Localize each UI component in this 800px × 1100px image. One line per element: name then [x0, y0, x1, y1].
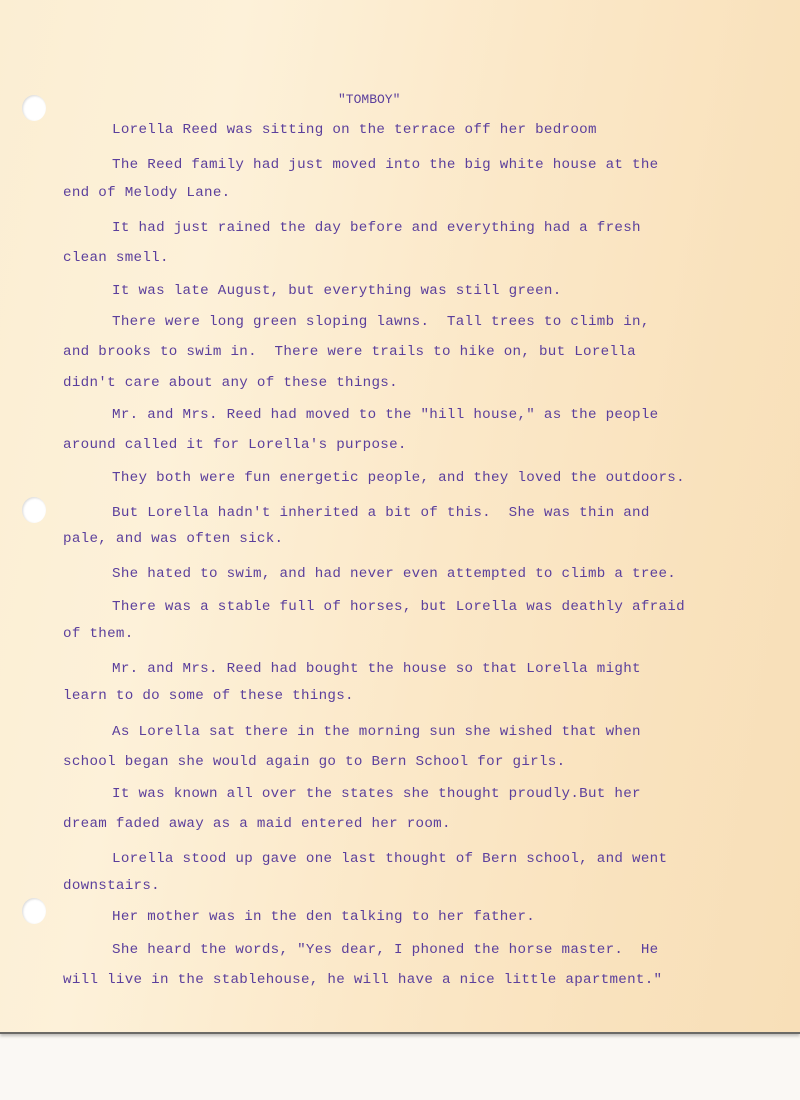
text-line: learn to do some of these things. [63, 688, 354, 704]
text-line: clean smell. [63, 250, 169, 266]
text-line: They both were fun energetic people, and… [112, 470, 685, 486]
text-line: Mr. and Mrs. Reed had moved to the "hill… [112, 407, 658, 423]
text-line: It was known all over the states she tho… [112, 786, 641, 802]
text-line: Lorella Reed was sitting on the terrace … [112, 122, 597, 138]
text-line: It had just rained the day before and ev… [112, 220, 641, 236]
typewritten-page: "TOMBOY" Lorella Reed was sitting on the… [0, 0, 800, 1034]
text-line: Mr. and Mrs. Reed had bought the house s… [112, 661, 641, 677]
text-line: There was a stable full of horses, but L… [112, 599, 685, 615]
text-line: Her mother was in the den talking to her… [112, 909, 535, 925]
text-line: She hated to swim, and had never even at… [112, 566, 676, 582]
page-text: "TOMBOY" Lorella Reed was sitting on the… [0, 0, 35, 496]
text-line: of them. [63, 626, 134, 642]
document-title: "TOMBOY" [338, 92, 400, 107]
text-line: Lorella stood up gave one last thought o… [112, 851, 667, 867]
text-line: There were long green sloping lawns. Tal… [112, 314, 650, 330]
text-line: She heard the words, "Yes dear, I phoned… [112, 942, 658, 958]
text-line: The Reed family had just moved into the … [112, 157, 658, 173]
text-line: But Lorella hadn't inherited a bit of th… [112, 505, 650, 521]
text-line: school began she would again go to Bern … [63, 754, 565, 770]
text-line: and brooks to swim in. There were trails… [63, 344, 636, 360]
text-line: dream faded away as a maid entered her r… [63, 816, 451, 832]
punch-hole [22, 497, 46, 523]
text-line: pale, and was often sick. [63, 531, 283, 547]
text-line: around called it for Lorella's purpose. [63, 437, 407, 453]
text-line: didn't care about any of these things. [63, 375, 398, 391]
text-line: end of Melody Lane. [63, 185, 230, 201]
text-line: It was late August, but everything was s… [112, 283, 562, 299]
punch-hole [22, 898, 46, 924]
text-line: downstairs. [63, 878, 160, 894]
text-line: As Lorella sat there in the morning sun … [112, 724, 641, 740]
text-line: will live in the stablehouse, he will ha… [63, 972, 662, 988]
